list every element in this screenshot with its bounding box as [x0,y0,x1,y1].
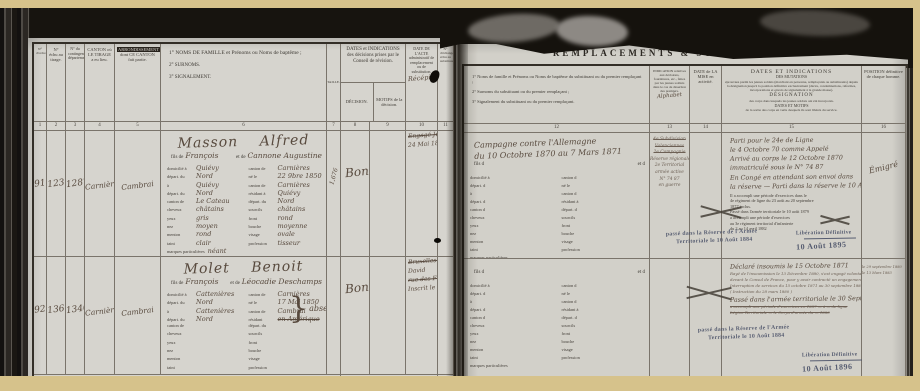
value-ordre: 91 [34,178,47,190]
cell-noms-signalement: Molet Benoit fils deFrançois et deLéocad… [161,257,327,375]
signalement-line: domicilié àQuiévy [167,164,243,172]
signalement-label: à [470,191,556,199]
label-et-de: et de [230,281,240,286]
signalement-right-column: canton deCarnièresné le22 9bre 1850canto… [249,164,325,255]
col-header-arrondissement-rest: dont CE CANTON fait partie. [120,52,155,62]
mutation-line: la réserve — Parti dans la réserve le 10… [730,181,861,192]
cell-motifs [370,257,406,375]
signalement-label: départ. d [470,183,556,191]
signalement-line: yeuxgris [167,214,243,222]
campaign-note: Campagne contre l'Allemagne du 10 Octobr… [464,133,649,163]
indication-line: 4e Subdivision [650,137,689,144]
pencil-cross-mark [700,202,742,220]
acte-annotation-line: Inscrit le 1er avril 1877 [408,284,437,293]
acte-annotation-line: rue des Fripiers [408,275,437,284]
signalement-label: né le [562,291,648,299]
col-header-noms-line2: 2° SURNOMS. [169,63,320,68]
liberation-stamp-row2: Libération Définitive 10 Août 1896 [802,351,862,372]
value-mere: Cannone Augustine [248,151,322,160]
col-header-contingent: N° du contingent départemental. [66,44,85,122]
signalement-label: bouche [562,339,648,347]
column-number: 16 [862,124,906,133]
value-position: Émigré [862,158,905,177]
left-column-numbers: 1234567891011 [34,122,454,131]
col-header-substituant: 1° Noms de famille et Prénoms ou Noms de… [464,66,650,124]
column-number: 6 [161,122,327,131]
parents-line: fils deFrançois et deLéocadie Deschamps [161,276,326,288]
mutation-tiny-line: Interruption de services du 15 octobre 1… [730,283,861,289]
signalement-line: domicilié àCattenières [167,290,243,298]
value-canton: Carnières [85,305,114,317]
pencil-cross-mark [820,212,850,226]
cell-ordre: 92 [34,257,47,375]
indication-label: INDICATION relatives aux décisions, four… [652,69,687,93]
parents-line-skeleton: fils d et d [464,269,649,281]
signalement-label: nez [470,339,556,347]
signalement-label: à [470,299,556,307]
signalement-label: canton d [562,175,648,183]
signalement-label: domicilié à [470,283,556,291]
signalement-line: né le22 9bre 1850 [249,172,325,180]
value-decision: Bon [344,164,369,180]
cell-tirage: 136 [47,257,66,375]
reserve-stamp-row2: passé dans la Réserve de l'Armée Territo… [698,324,790,343]
signalement-line: canton de [167,323,243,331]
mutations-desc: éprouvées parmi les jeunes soldats (marc… [724,80,859,92]
cell-decision: Bon [341,131,370,257]
insoumis-line: Déclaré insoumis le 15 Octobre 1871 [730,262,861,271]
signalement-left-column: domicilié àQuiévydépart. duNordàQuiévydé… [167,164,243,255]
signalement-label: yeux [470,331,556,339]
signalement-label: canton d [562,299,648,307]
signalement-label: canton d [470,207,556,215]
value-taille: 1,676 [328,171,338,185]
signalement-line: yeux [167,340,243,348]
cell-substituant: fils d et d domicilié àdépart. dàdépart.… [464,259,650,376]
left-table: N° d'ordre. N° échu au tirage. N° du con… [32,42,456,376]
brace-mark: } [289,291,308,326]
signalement-block: domicilié àQuiévydépart. duNordàQuiévydé… [161,162,326,255]
cell-arrondissement: Cambrai [115,257,161,375]
signalement-label: départ. d [470,291,556,299]
indication-line: Réserve régionale [650,157,689,164]
value-tirage: 123 [47,178,66,190]
value-tirage: 136 [47,304,66,316]
register-row-masson: 91 123 1287 Carnières Cambrai Masson Alf… [34,131,454,257]
signalement-label: yeux [470,223,556,231]
value-ordre: 92 [34,304,47,316]
col-header-taille-label: TAILLE. [327,44,340,121]
acte-annotation-line: 24 Mai 1875 [408,140,437,149]
cell-taille [327,257,341,375]
skeleton-left: domicilié àdépart. dàdépart. dcanton dch… [470,283,556,371]
skeleton-left: domicilié àdépart. dàdépart. dcanton dch… [470,175,556,259]
column-number: 12 [464,124,650,133]
col-header-noms-line3: 3° SIGNALEMENT. [169,75,320,80]
cell-date-mise [690,259,722,376]
signalement-label: départ. d [562,207,648,215]
partial-next-row: M. Ol 6 [34,375,454,376]
cell-date-acte: Engagé Juil. 7024 Mai 1875 [406,131,438,257]
liberation-title: Libération Définitive [802,351,862,358]
pencil-cross-mark [686,282,732,302]
indication-line: en guerre [650,183,689,190]
signalement-line: résidant àQuiévy [249,189,325,197]
signalement-label: taint [470,355,556,363]
col-header-position: POSITION définitive de chaque homme. [862,66,906,124]
column-number: 7 [327,122,341,131]
signalement-label: cheveux [470,323,556,331]
cell-decision: Bon [341,257,370,375]
parents-line: fils deFrançois et deCannone Augustine [161,150,326,162]
cell-taille: 1,676 [327,131,341,257]
cell-tirage: 123 [47,131,66,257]
right-column-numbers: 1213141516 [464,124,906,133]
col-header-mutations: DATES ET INDICATIONS DES MUTATIONS éprou… [722,66,862,124]
col-header-decision: DÉCISION. [341,83,374,121]
signalement-label: marques particulières [470,363,556,371]
signalement-label: départ. d [470,307,556,315]
signalement-line: marques particulièresnéant [167,247,243,255]
indication-line: 2e Territorial [650,163,689,170]
screenshot-root: N° d'ordre. N° échu au tirage. N° du con… [0,0,920,391]
value-arrondissement: Cambrai [115,304,160,318]
label-et-d: et d [638,270,645,281]
acte-annotation-line: Engagé Juil. 70 [408,131,437,140]
signalement-line: mentonrond [167,230,243,238]
mutations-cursive-block: Parti pour le 24e de Lignele 4 Octobre 7… [730,136,861,191]
label-et-de: et de [236,155,246,160]
label-fils-d: fils d [474,270,484,281]
indication-line: N° 74 87 [650,177,689,184]
value-contingent: 1287 [66,178,85,190]
signalement-line: cheveuxchâtains [167,205,243,213]
signalement-label: visage [562,239,648,247]
col-header-canton: CANTON où LE TIRAGE a eu lieu. [85,44,115,122]
signalement-line: professiontisseur [249,239,325,247]
acte-annotation-line: David [408,266,437,275]
signalement-label: menton [470,347,556,355]
col-header-motifs: MOTIFS de la décision. [374,83,406,121]
value-pere: François [185,277,218,286]
indication-line: Valenciennes [650,144,689,151]
signalement-label: sourcils [562,323,648,331]
right-header-row: 1° Noms de famille et Prénoms ou Noms de… [464,66,906,124]
col-header-arrondissement: ARRONDISSEMENT dont CE CANTON fait parti… [115,44,161,122]
value-mere: Léocadie Deschamps [242,277,322,286]
column-number: 4 [85,122,115,131]
signalement-line: départ. duNord [167,172,243,180]
indication-line: 2e Compagnie [650,150,689,157]
absent-annotation: } absent [289,291,327,326]
signalement-label: nez [470,231,556,239]
signalement-label: résidant à [562,307,648,315]
value-decision: Bon [344,280,369,296]
column-number: 8 [341,122,370,131]
label-fils-de: fils de [171,281,183,286]
skeleton-right: canton dné lecanton drésidant àdépart. d… [562,175,648,259]
signalement-line: canton deLe Cateau [167,197,243,205]
decisions-group-title: DATES et INDICATIONS des décisions prise… [341,44,405,82]
signalement-line: àCattenières [167,307,243,315]
signalement-label: canton d [562,191,648,199]
parents-line-skeleton: fils d et d [464,161,649,173]
photo-background: N° d'ordre. N° échu au tirage. N° du con… [0,8,913,376]
mutations-struck-block: a accompli une période d'exercices en 18… [730,304,861,316]
mutations-tiny-block: Rayé de l'insoumission le 13 Décembre 18… [730,271,861,294]
signalement-label: départ. d [562,315,648,323]
left-header-row: N° d'ordre. N° échu au tirage. N° du con… [34,44,454,122]
col-header-decisions-group: DATES et INDICATIONS des décisions prise… [341,44,406,122]
liberation-title: Libération Définitive [796,229,856,236]
col-header-date-acte-label: DATE DE L'ACTE administratif de remplace… [408,47,435,75]
signalement-label: sourcils [562,215,648,223]
column-number: 3 [66,122,85,131]
signalement-label: front [562,223,648,231]
acte-annotation-line: Bruxelles rue Neuve [408,257,437,266]
signalement-left-column: domicilié àCattenièresdépart. duNordàCat… [167,290,243,375]
signalement-skeleton: domicilié àdépart. dàdépart. dcanton dch… [464,173,649,259]
signalement-line: front [249,340,325,348]
signalement-label: profession [562,355,648,363]
fold-ink-dot [434,238,441,243]
cell-arrondissement: Cambrai [115,131,161,257]
signalement-line: menton [167,356,243,364]
mutation-tiny-line: devant le Consul de France, pour y avoir… [730,277,861,283]
register-row-molet: 92 136 1340 Carnières Cambrai Molet Beno… [34,257,454,375]
value-arrondissement: Cambrai [115,178,160,192]
signalement-label: domicilié à [470,175,556,183]
label-fils-de: fils de [171,155,183,160]
register-left-page: N° d'ordre. N° échu au tirage. N° du con… [28,38,458,376]
position-overflow-line: le 29 septembre 1880 [862,265,905,271]
register-right-page: REMPLACEMENTS & SUBSTITUTIONS. 1° Noms d… [458,44,908,376]
cell-canton: Carnières [85,131,115,257]
cell-canton: Carnières [85,257,115,375]
signalement-line: départ. duNord [249,197,325,205]
cell-contingent: 1340 [66,257,85,375]
signalement-line: àQuiévy [167,181,243,189]
column-number: 9 [370,122,406,131]
signalement-line: bouchemoyenne [249,222,325,230]
signalement-label: front [562,331,648,339]
signalement-label: visage [562,347,648,355]
cell-ordre: 91 [34,131,47,257]
col-header-date-mise: DATE de LA MISE en activité. [690,66,722,124]
page-stack-edge [906,68,913,376]
signalement-line: profession [249,365,325,373]
signalement-label: profession [562,247,648,255]
signalement-label: résidant à [562,199,648,207]
label-fils-d: fils d [474,162,484,173]
col-header-noms-line1: 1° NOMS DE FAMILLE et Prénoms ou Noms de… [169,50,320,56]
cell-noms-signalement: Masson Alfred fils deFrançois et deCanno… [161,131,327,257]
col-header-indication: INDICATION relatives aux décisions, four… [650,66,690,124]
territoriale-line: Passé dans l'armée territoriale le 30 Se… [730,295,861,304]
signalement-line: taint [167,365,243,373]
mutation-struck-line: Légion Territoriale — le Corps d'armée d… [730,310,861,316]
signalement-label: menton [470,239,556,247]
value-absent: absent [309,304,327,313]
signalement-line: bouche [249,348,325,356]
cell-date-acte: Bruxelles rue NeuveDavidrue des Fripiers… [406,257,438,375]
substituant-line1: 1° Noms de famille et Prénoms ou Noms de… [472,74,643,84]
book-fold-shadow [446,36,468,376]
substituant-line2: 2° Surnoms du substituant ou du premier … [472,89,643,94]
partial-row-cell [34,375,341,376]
reserve-stamp-row1: passé dans la Réserve de l'Armée Territo… [666,228,758,247]
skeleton-right: canton dné lecanton drésidant àdépart. d… [562,283,648,371]
column-number: 13 [650,124,690,133]
signalement-line: départ. duNord [167,315,243,323]
label-et-d: et d [638,162,645,173]
signalement-line: canton deCarnières [249,181,325,189]
value-contingent: 1340 [66,304,85,316]
signalement-label: canton d [470,315,556,323]
signalement-label: départ. d [470,199,556,207]
column-number: 14 [690,124,722,133]
signalement-label: canton d [562,283,648,291]
signalement-label: bouche [562,231,648,239]
cell-motifs [370,131,406,257]
column-number: 15 [722,124,862,133]
column-number: 1 [34,122,47,131]
mutation-line: Passé dans l'armée territoriale le 30 Se… [730,294,861,305]
signalement-line: sourcilschâtains [249,205,325,213]
signalement-label: cheveux [470,215,556,223]
signalement-line: nez [167,348,243,356]
indication-line: armée active [650,170,689,177]
value-canton: Carnières [85,179,114,191]
signalement-line: taintclair [167,239,243,247]
mutation-line: Déclaré insoumis le 15 Octobre 1871 [730,261,861,272]
signalement-line: frontrond [249,214,325,222]
cell-position: Émigré [862,133,906,259]
cell-indication [650,259,690,376]
signalement-line: cheveux [167,331,243,339]
col-header-taille: TAILLE. [327,44,341,122]
signalement-line: nezmoyen [167,222,243,230]
column-number: 5 [115,122,161,131]
signalement-label: né le [562,183,648,191]
signalement-line: sourcils [249,331,325,339]
cell-contingent: 1287 [66,131,85,257]
liberation-stamp-row1: Libération Définitive 10 Août 1895 [796,229,856,250]
col-header-ordre: N° d'ordre. [34,44,47,122]
scan-left-edge [0,8,30,376]
signalement-skeleton: domicilié àdépart. dàdépart. dcanton dch… [464,281,649,371]
partial-row-fragment-cell: M. Ol 6 [341,375,438,376]
motifs-desc: de la sortie des corps en vertu desquels… [724,108,859,112]
signalement-line: visage [249,356,325,364]
position-overflow-line: le 13 Mars 1883 [862,271,905,277]
cell-position: le 29 septembre 1880le 13 Mars 1883 [862,259,906,376]
signalement-line: visageovale [249,230,325,238]
signalement-line: départ. duNord [167,189,243,197]
substituant-line3: 3° Signalement du substituant ou du prem… [472,99,643,104]
col-header-tirage: N° échu au tirage. [47,44,66,122]
cell-substituant: Campagne contre l'Allemagne du 10 Octobr… [464,133,650,259]
signalement-label: taint [470,247,556,255]
signalement-line: canton deCarnières [249,164,325,172]
value-pere: François [185,151,218,160]
column-number: 10 [406,122,438,131]
col-header-noms: 1° NOMS DE FAMILLE et Prénoms ou Noms de… [161,44,327,122]
signalement-line: départ. duNord [167,298,243,306]
column-number: 2 [47,122,66,131]
